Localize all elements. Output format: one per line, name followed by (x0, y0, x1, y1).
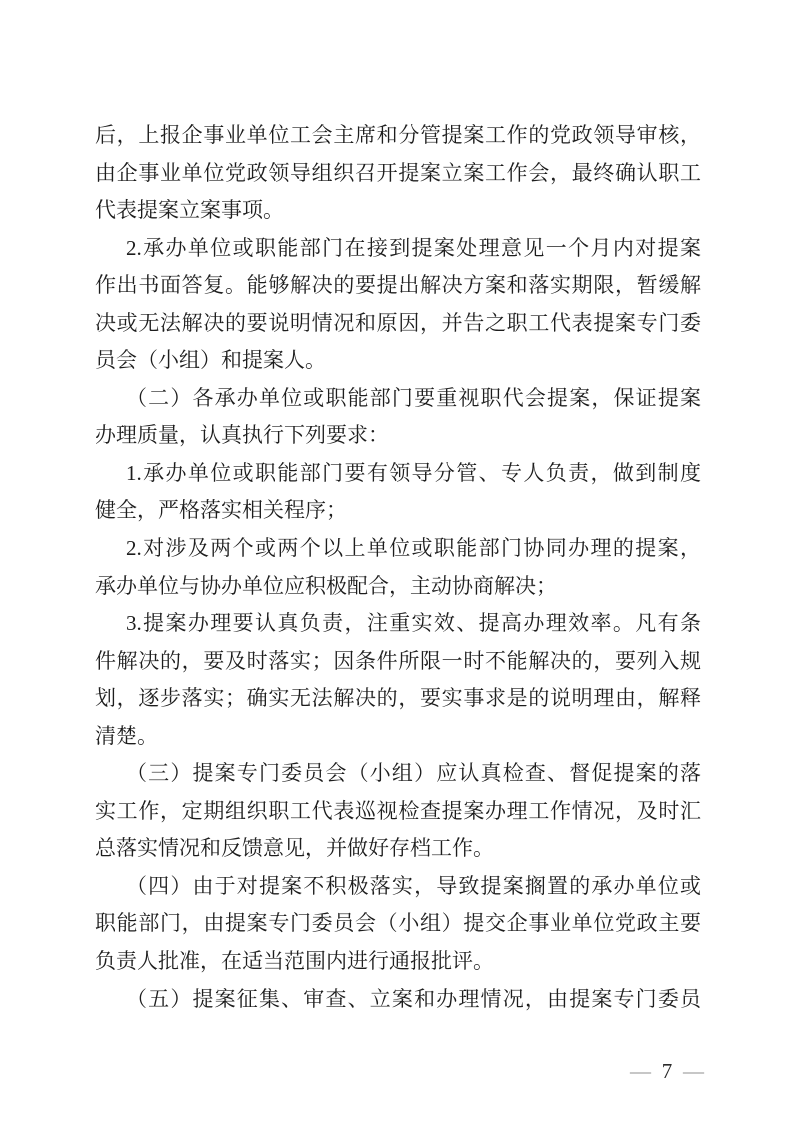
body-line: 清楚。 (95, 718, 701, 756)
footer-dash-right: — (683, 1057, 704, 1085)
body-line: 后，上报企事业单位工会主席和分管提案工作的党政领导审核， (95, 117, 701, 155)
page-footer: — 7 — (630, 1057, 704, 1085)
document-body: 后，上报企事业单位工会主席和分管提案工作的党政领导审核， 由企事业单位党政领导组… (95, 117, 701, 1018)
body-line: 由企事业单位党政领导组织召开提案立案工作会，最终确认职工 (95, 155, 701, 193)
body-line: 划，逐步落实；确实无法解决的，要实事求是的说明理由，解释 (95, 680, 701, 718)
body-line: 总落实情况和反馈意见，并做好存档工作。 (95, 830, 701, 868)
body-line: 职能部门，由提案专门委员会（小组）提交企事业单位党政主要 (95, 905, 701, 943)
body-line: （二）各承办单位或职能部门要重视职代会提案，保证提案 (95, 380, 701, 418)
body-line: 负责人批准，在适当范围内进行通报批评。 (95, 943, 701, 981)
body-line: （四）由于对提案不积极落实，导致提案搁置的承办单位或 (95, 868, 701, 906)
body-line: 实工作，定期组织职工代表巡视检查提案办理工作情况，及时汇 (95, 793, 701, 831)
page-number: 7 (662, 1057, 673, 1085)
document-page: 后，上报企事业单位工会主席和分管提案工作的党政领导审核， 由企事业单位党政领导组… (0, 0, 794, 1123)
body-line: 代表提案立案事项。 (95, 192, 701, 230)
body-line: 2.对涉及两个或两个以上单位或职能部门协同办理的提案， (95, 530, 701, 568)
body-line: 承办单位与协办单位应积极配合，主动协商解决； (95, 568, 701, 606)
body-line: （五）提案征集、审查、立案和办理情况，由提案专门委员 (95, 981, 701, 1019)
body-line: 作出书面答复。能够解决的要提出解决方案和落实期限，暂缓解 (95, 267, 701, 305)
body-line: （三）提案专门委员会（小组）应认真检查、督促提案的落 (95, 755, 701, 793)
body-line: 办理质量，认真执行下列要求： (95, 417, 701, 455)
footer-dash-left: — (630, 1057, 651, 1085)
body-line: 件解决的，要及时落实；因条件所限一时不能解决的，要列入规 (95, 643, 701, 681)
body-line: 3.提案办理要认真负责，注重实效、提高办理效率。凡有条 (95, 605, 701, 643)
body-line: 1.承办单位或职能部门要有领导分管、专人负责，做到制度 (95, 455, 701, 493)
body-line: 决或无法解决的要说明情况和原因，并告之职工代表提案专门委 (95, 305, 701, 343)
body-line: 2.承办单位或职能部门在接到提案处理意见一个月内对提案 (95, 230, 701, 268)
body-line: 员会（小组）和提案人。 (95, 342, 701, 380)
body-line: 健全，严格落实相关程序； (95, 492, 701, 530)
